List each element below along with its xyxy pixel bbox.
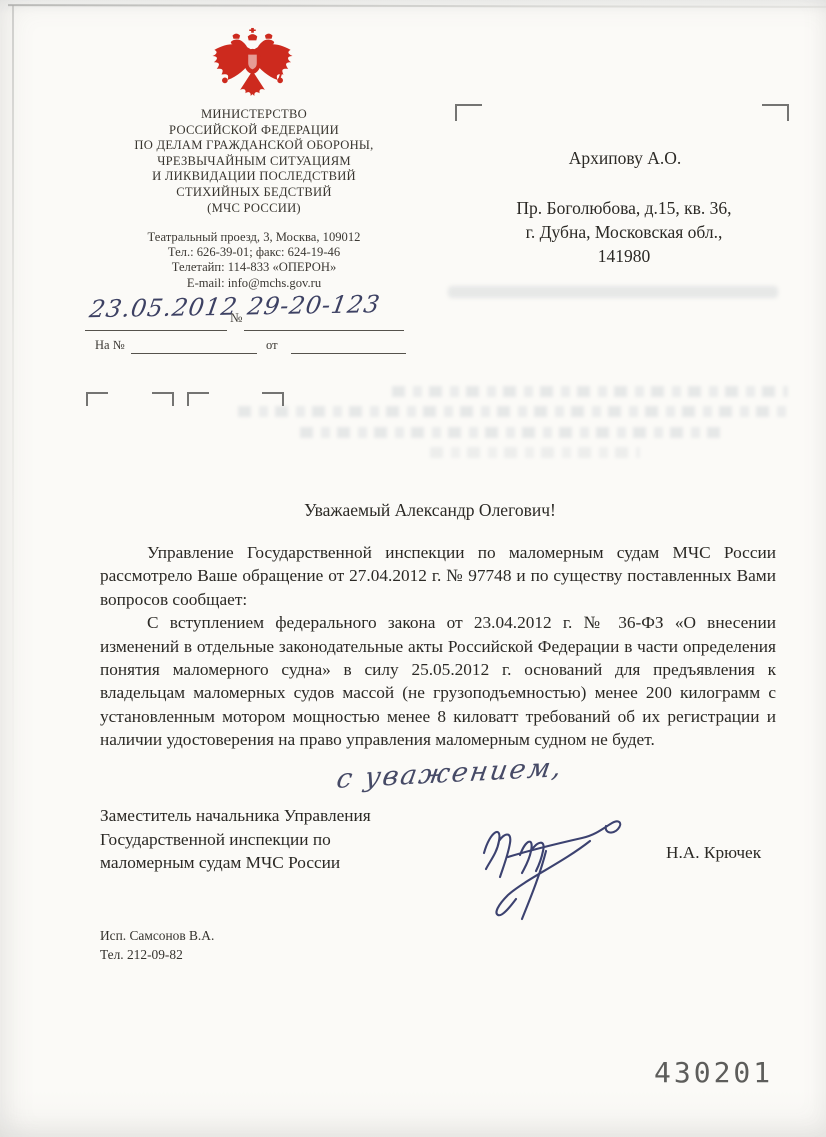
contact-line: Театральный проезд, 3, Москва, 109012 <box>88 230 420 245</box>
ministry-line: ЧРЕЗВЫЧАЙНЫМ СИТУАЦИЯМ <box>88 154 420 170</box>
contact-line: E-mail: info@mchs.gov.ru <box>88 276 420 291</box>
handwritten-date: 23.05.2012 <box>88 293 233 323</box>
recipient-corner-mark-right <box>762 104 789 121</box>
scan-edge-artifact-top <box>8 4 826 8</box>
date-underline <box>85 330 227 331</box>
ministry-line: МИНИСТЕРСТВО <box>88 107 420 123</box>
reply-number-blank <box>131 353 257 354</box>
executor-info: Исп. Самсонов В.А. Тел. 212-09-82 <box>100 926 214 964</box>
recipient-address-line: 141980 <box>448 244 800 268</box>
signer-position: Заместитель начальника Управления Госуда… <box>100 804 430 875</box>
letter-body: Управление Государственной инспекции по … <box>100 541 776 752</box>
ministry-line: СТИХИЙНЫХ БЕДСТВИЙ <box>88 185 420 201</box>
bleed-through-text-artifact <box>300 427 728 438</box>
reply-date-blank <box>291 353 406 354</box>
recipient-corner-mark-left <box>455 104 482 121</box>
ministry-line: И ЛИКВИДАЦИИ ПОСЛЕДСТВИЙ <box>88 169 420 185</box>
reply-to-label: На № <box>95 338 125 353</box>
recipient-address-line: г. Дубна, Московская обл., <box>448 220 800 244</box>
scan-edge-artifact-left <box>12 5 14 1137</box>
number-sign-label: № <box>230 310 242 326</box>
signer-position-line: маломерным судам МЧС России <box>100 851 430 875</box>
contact-line: Тел.: 626-39-01; факс: 624-19-46 <box>88 245 420 260</box>
scanned-letter-page: МИНИСТЕРСТВО РОССИЙСКОЙ ФЕДЕРАЦИИ ПО ДЕЛ… <box>0 0 826 1137</box>
body-paragraph: Управление Государственной инспекции по … <box>100 541 776 611</box>
signer-position-line: Государственной инспекции по <box>100 828 430 852</box>
signer-position-line: Заместитель начальника Управления <box>100 804 430 828</box>
handwritten-outgoing-number: 29-20-123 <box>246 290 421 321</box>
form-corner-mark <box>86 392 108 406</box>
handwritten-closing: с уважением, <box>334 752 565 795</box>
handwritten-signature <box>442 795 662 925</box>
bleed-through-text-artifact <box>238 406 786 417</box>
number-underline <box>244 330 404 331</box>
reply-from-label: от <box>266 338 278 353</box>
body-paragraph: С вступлением федерального закона от 23.… <box>100 611 776 751</box>
signer-name: Н.А. Крючек <box>666 843 761 863</box>
recipient-address: Пр. Боголюбова, д.15, кв. 36, г. Дубна, … <box>448 196 800 268</box>
letterhead-ministry-name: МИНИСТЕРСТВО РОССИЙСКОЙ ФЕДЕРАЦИИ ПО ДЕЛ… <box>88 107 420 216</box>
ministry-line: ПО ДЕЛАМ ГРАЖДАНСКОЙ ОБОРОНЫ, <box>88 138 420 154</box>
executor-name: Исп. Самсонов В.А. <box>100 926 214 945</box>
salutation: Уважаемый Александр Олегович! <box>100 500 760 521</box>
contact-line: Телетайп: 114-833 «ОПЕРОН» <box>88 260 420 275</box>
ministry-line: РОССИЙСКОЙ ФЕДЕРАЦИИ <box>88 123 420 139</box>
bleed-through-text-artifact <box>392 386 788 397</box>
executor-phone: Тел. 212-09-82 <box>100 945 214 964</box>
scan-number-stamp: 430201 <box>654 1056 773 1089</box>
coat-of-arms-eagle-icon <box>204 27 301 107</box>
recipient-address-line: Пр. Боголюбова, д.15, кв. 36, <box>448 196 800 220</box>
form-corner-mark <box>262 392 284 406</box>
bleed-through-text-artifact <box>430 447 640 458</box>
letterhead-contact-info: Театральный проезд, 3, Москва, 109012 Те… <box>88 230 420 291</box>
form-corner-mark <box>187 392 209 406</box>
ministry-line: (МЧС РОССИИ) <box>88 201 420 217</box>
recipient-name: Архипову А.О. <box>460 148 790 169</box>
form-corner-mark <box>152 392 174 406</box>
erased-text-smudge <box>448 286 778 298</box>
